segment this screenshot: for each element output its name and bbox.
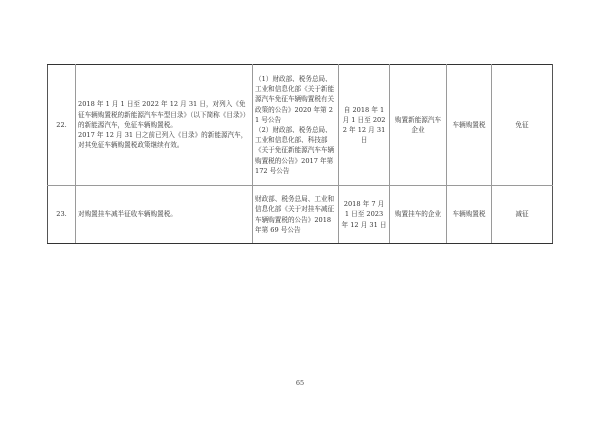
- preference-method: 减征: [492, 186, 553, 244]
- policy-basis-line: 财政部、税务总局、工业和信息化部《关于对挂车减征车辆购置税的公告》2018 年第…: [255, 194, 336, 235]
- policy-basis: 财政部、税务总局、工业和信息化部《关于对挂车减征车辆购置税的公告》2018 年第…: [253, 186, 339, 244]
- tax-type: 车辆购置税: [447, 65, 492, 186]
- policy-content: 对购置挂车减半征收车辆购置税。: [76, 186, 253, 244]
- document-page: 22. 2018 年 1 月 1 日至 2022 年 12 月 31 日，对列入…: [0, 0, 600, 424]
- row-number: 22.: [48, 65, 76, 186]
- preference-method: 免征: [492, 65, 553, 186]
- page-number: 65: [0, 379, 600, 387]
- tax-policy-table: 22. 2018 年 1 月 1 日至 2022 年 12 月 31 日，对列入…: [47, 64, 553, 244]
- validity-period: 自 2018 年 1 月 1 日至 2022 年 12 月 31 日: [339, 65, 390, 186]
- policy-basis-line: （2）财政部、税务总局、工业和信息化部、科技部《关于免征新能源汽车车辆购置税的公…: [255, 125, 336, 176]
- applicable-subject: 购置新能源汽车企业: [390, 65, 447, 186]
- table-row: 23. 对购置挂车减半征收车辆购置税。 财政部、税务总局、工业和信息化部《关于对…: [48, 186, 553, 244]
- policy-basis-line: （1）财政部、税务总局、工业和信息化部《关于新能源汽车免征车辆购置税有关政策的公…: [255, 74, 336, 125]
- policy-content-line: 对购置挂车减半征收车辆购置税。: [78, 209, 250, 219]
- row-number: 23.: [48, 186, 76, 244]
- table-row: 22. 2018 年 1 月 1 日至 2022 年 12 月 31 日，对列入…: [48, 65, 553, 186]
- policy-basis: （1）财政部、税务总局、工业和信息化部《关于新能源汽车免征车辆购置税有关政策的公…: [253, 65, 339, 186]
- policy-content-line: 2017 年 12 月 31 日之前已列入《目录》的新能源汽车，对其免征车辆购置…: [78, 130, 250, 150]
- applicable-subject: 购置挂车的企业: [390, 186, 447, 244]
- policy-content-line: 2018 年 1 月 1 日至 2022 年 12 月 31 日，对列入《免征车…: [78, 99, 250, 130]
- validity-period: 2018 年 7 月 1 日至 2023 年 12 月 31 日: [339, 186, 390, 244]
- tax-type: 车辆购置税: [447, 186, 492, 244]
- policy-content: 2018 年 1 月 1 日至 2022 年 12 月 31 日，对列入《免征车…: [76, 65, 253, 186]
